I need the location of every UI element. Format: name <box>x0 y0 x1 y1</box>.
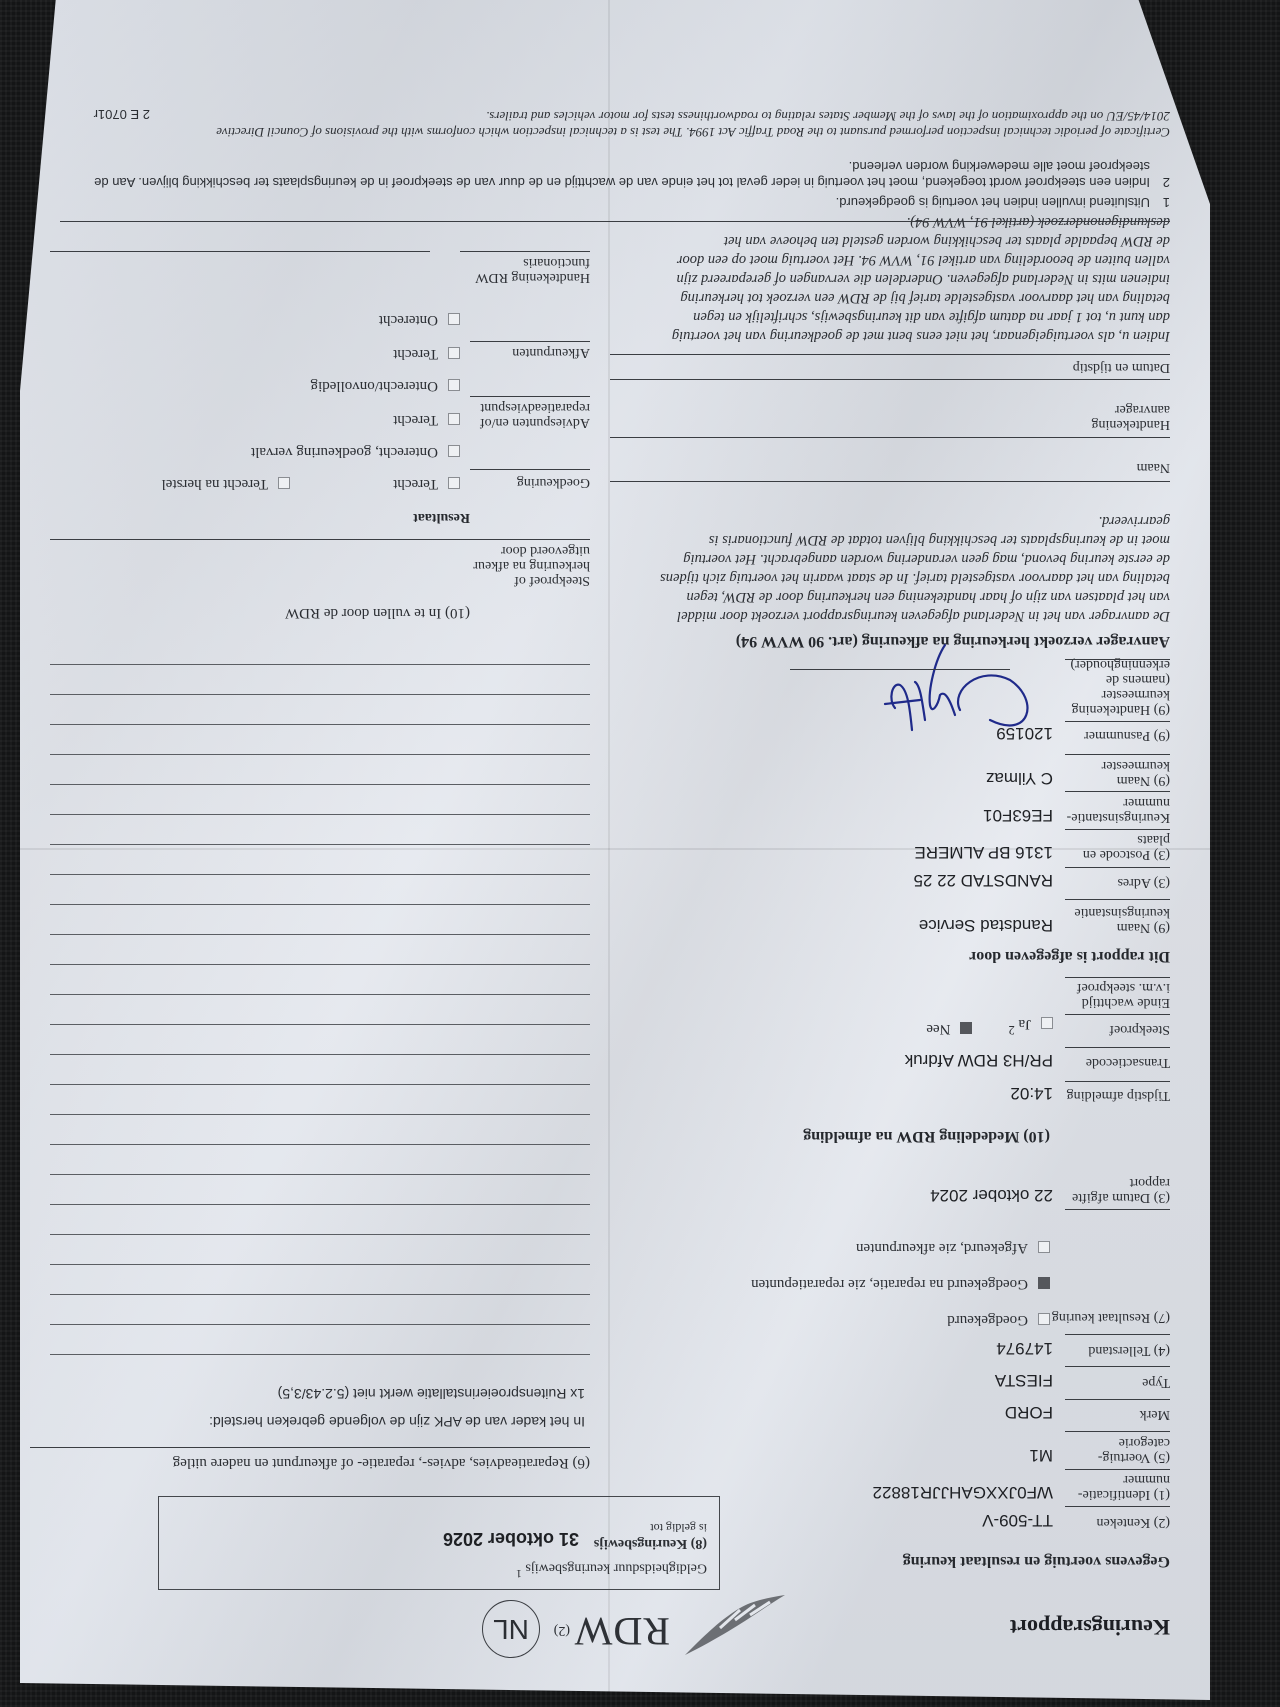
transaction-value: PR/H3 RDW Afdruk <box>905 1050 1053 1070</box>
result-label: (7) Resultaat keuring <box>1052 1310 1170 1325</box>
field-vin: (1) Identificatie-nummer WF0JXXGAHJJR188… <box>873 1472 1170 1502</box>
owner-paragraph: Indien u, als voertuigeigenaar, het niet… <box>660 212 1170 345</box>
checkbox-approval-onterecht[interactable] <box>448 445 460 457</box>
reinspection-heading: Aanvrager verzoekt herkeuring na afkeuri… <box>736 632 1170 650</box>
field-station-name: (9) Naam keuringsinstantie Randstad Serv… <box>919 905 1170 935</box>
approval-terecht-na-herstel[interactable]: Terecht na herstel <box>162 475 290 492</box>
checkbox-afgekeurd[interactable] <box>1038 1241 1050 1253</box>
advice-terecht[interactable]: Terecht <box>393 411 460 428</box>
inspector-value: C Yilmaz <box>986 768 1053 788</box>
odometer-value: 147974 <box>996 1338 1053 1358</box>
rdw-wordmark: RDW <box>574 1608 670 1655</box>
field-transaction: Transactiecode PR/H3 RDW Afdruk <box>905 1050 1170 1070</box>
sample-yes[interactable]: Ja 2 <box>1009 1015 1054 1037</box>
footnote-1: 1Uitsluitend invullen indien het voertui… <box>60 194 1170 210</box>
station-name-value: Randstad Service <box>919 915 1053 935</box>
paper-fold-vertical <box>608 0 610 1700</box>
requester-signature-label: Handtekening aanvrager <box>1070 402 1170 432</box>
requester-name-label: Naam <box>1137 460 1170 475</box>
rdw-sample-label: Steekproef of herkeuring na afkeur uitge… <box>470 543 590 588</box>
report-date-value: 22 oktober 2024 <box>930 1185 1053 1205</box>
time-value: 14:02 <box>1010 1083 1053 1103</box>
result-option[interactable]: Goedgekeurd na reparatie, zie reparatiep… <box>751 1256 1050 1292</box>
rdw-feather-logo-icon <box>680 1585 790 1660</box>
checkbox-reject-terecht[interactable] <box>448 347 460 359</box>
rdw-notice-heading: (10) Mededeling RDW na afmelding <box>803 1127 1050 1145</box>
reject-onterecht[interactable]: Onterecht <box>379 311 460 328</box>
country-note: (2) <box>554 1623 570 1638</box>
checkbox-advice-onterecht[interactable] <box>448 379 460 391</box>
category-value: M1 <box>1029 1445 1053 1465</box>
vehicle-section-title: Gegevens voertuig en resultaat keuring <box>903 1552 1170 1570</box>
checkbox-advice-terecht[interactable] <box>448 413 460 425</box>
type-value: FIESTA <box>995 1370 1053 1390</box>
wait-label: Einde wachttijd i.v.m. steekproef <box>1060 980 1170 1010</box>
inspector-signature-label: (9) Handtekening keurmeester (namens de … <box>1060 657 1170 717</box>
advice-label: Adviespunten en/of reparatieadviespunt <box>465 400 590 430</box>
approval-onterecht[interactable]: Onterecht, goedkeuring vervalt <box>251 443 460 460</box>
validity-heading: Geldigheidsduur keuringsbewijs 1 <box>516 1560 707 1581</box>
address-value: RANDSTAD 22 25 <box>913 870 1053 890</box>
reject-label: Afkeurpunten <box>512 345 590 360</box>
field-time: Tijdstip afmelding 14:02 <box>1010 1083 1170 1103</box>
field-odometer: (4) Tellerstand 147974 <box>996 1338 1170 1358</box>
field-type: Type FIESTA <box>995 1370 1170 1390</box>
rdw-official-signature-label: Handtekening RDW functionaris <box>460 255 590 285</box>
field-sample: Steekproef Ja 2 Nee <box>926 1015 1170 1037</box>
approval-terecht[interactable]: Terecht <box>393 475 460 492</box>
repairs-intro: In het kader van de APK zijn de volgende… <box>209 1414 585 1430</box>
reject-terecht[interactable]: Terecht <box>393 345 460 362</box>
checkbox-sample-no[interactable] <box>961 1022 973 1034</box>
postal-value: 1316 BP ALMERE <box>914 842 1053 862</box>
field-postal: (3) Postcode en plaats 1316 BP ALMERE <box>914 832 1170 862</box>
approval-label: Goedkeuring <box>517 475 590 490</box>
field-address: (3) Adres RANDSTAD 22 25 <box>913 870 1170 890</box>
result-options: Goedgekeurd Goedgekeurd na reparatie, zi… <box>751 1220 1050 1328</box>
form-code: 2 E 0701r <box>94 106 150 122</box>
inspection-report-paper: Keuringsrapport RDW (2) NL Gegevens voer… <box>20 0 1210 1700</box>
issued-by-heading: Dit rapport is afgegeven door <box>969 947 1170 965</box>
checkbox-sample-yes[interactable] <box>1041 1017 1053 1029</box>
field-kenteken: (2) Kenteken TT-509-V <box>982 1510 1170 1530</box>
field-station-no: Keuringsinstantie-nummer FE63F01 <box>983 795 1170 825</box>
field-category: (5) Voertuig-categorie M1 <box>1029 1435 1170 1465</box>
checkbox-approval-terecht-na-herstel[interactable] <box>278 477 290 489</box>
advice-onterecht[interactable]: Onterecht/onvolledig <box>311 377 460 394</box>
sample-no[interactable]: Nee <box>926 1020 972 1037</box>
rdw-result-heading: Resultaat <box>413 509 470 525</box>
vin-value: WF0JXXGAHJJR18822 <box>873 1482 1053 1502</box>
requester-datetime-label: Datum en tijdstip <box>1073 360 1170 375</box>
field-make: Merk FORD <box>1005 1402 1170 1422</box>
validity-box: Geldigheidsduur keuringsbewijs 1 (8) Keu… <box>158 1496 720 1590</box>
rdw-fill-heading: (10) In te vullen door de RDW <box>285 605 470 620</box>
repairs-heading: (6) Reparatieadvies, advies-, reparatie-… <box>30 1455 590 1470</box>
checkbox-approval-terecht[interactable] <box>448 477 460 489</box>
checkbox-reject-onterecht[interactable] <box>448 313 460 325</box>
handwritten-signature-icon <box>880 635 1050 770</box>
make-value: FORD <box>1005 1402 1053 1422</box>
checkbox-goedgekeurd[interactable] <box>1038 1313 1050 1325</box>
country-code: NL <box>493 1613 529 1645</box>
country-badge: NL <box>482 1600 540 1658</box>
footnote-2: 2Indien een steekproef wordt toegekend, … <box>60 158 1170 190</box>
field-report-date: (3) Datum afgifte rapport 22 oktober 202… <box>930 1175 1170 1205</box>
station-no-value: FE63F01 <box>983 805 1053 825</box>
validity-label-1: (8) Keuringsbewijs <box>594 1536 707 1551</box>
reinspection-paragraph: De aanvrager van het in Nederland afgege… <box>660 511 1170 625</box>
kenteken-value: TT-509-V <box>982 1510 1053 1530</box>
repairs-item: 1x Ruitensproeierinstallatie werkt niet … <box>278 1386 585 1402</box>
result-option[interactable]: Afgekeurd, zie afkeurpunten <box>751 1220 1050 1256</box>
validity-label-2: is geldig tot <box>650 1520 707 1535</box>
validity-date: 31 oktober 2026 <box>443 1528 579 1549</box>
document-title: Keuringsrapport <box>1010 1614 1170 1640</box>
result-option[interactable]: Goedgekeurd <box>751 1292 1050 1328</box>
checkbox-goedgekeurd-na-reparatie[interactable] <box>1038 1277 1050 1289</box>
certificate-text: Certificate of periodic technical inspec… <box>170 108 1170 140</box>
